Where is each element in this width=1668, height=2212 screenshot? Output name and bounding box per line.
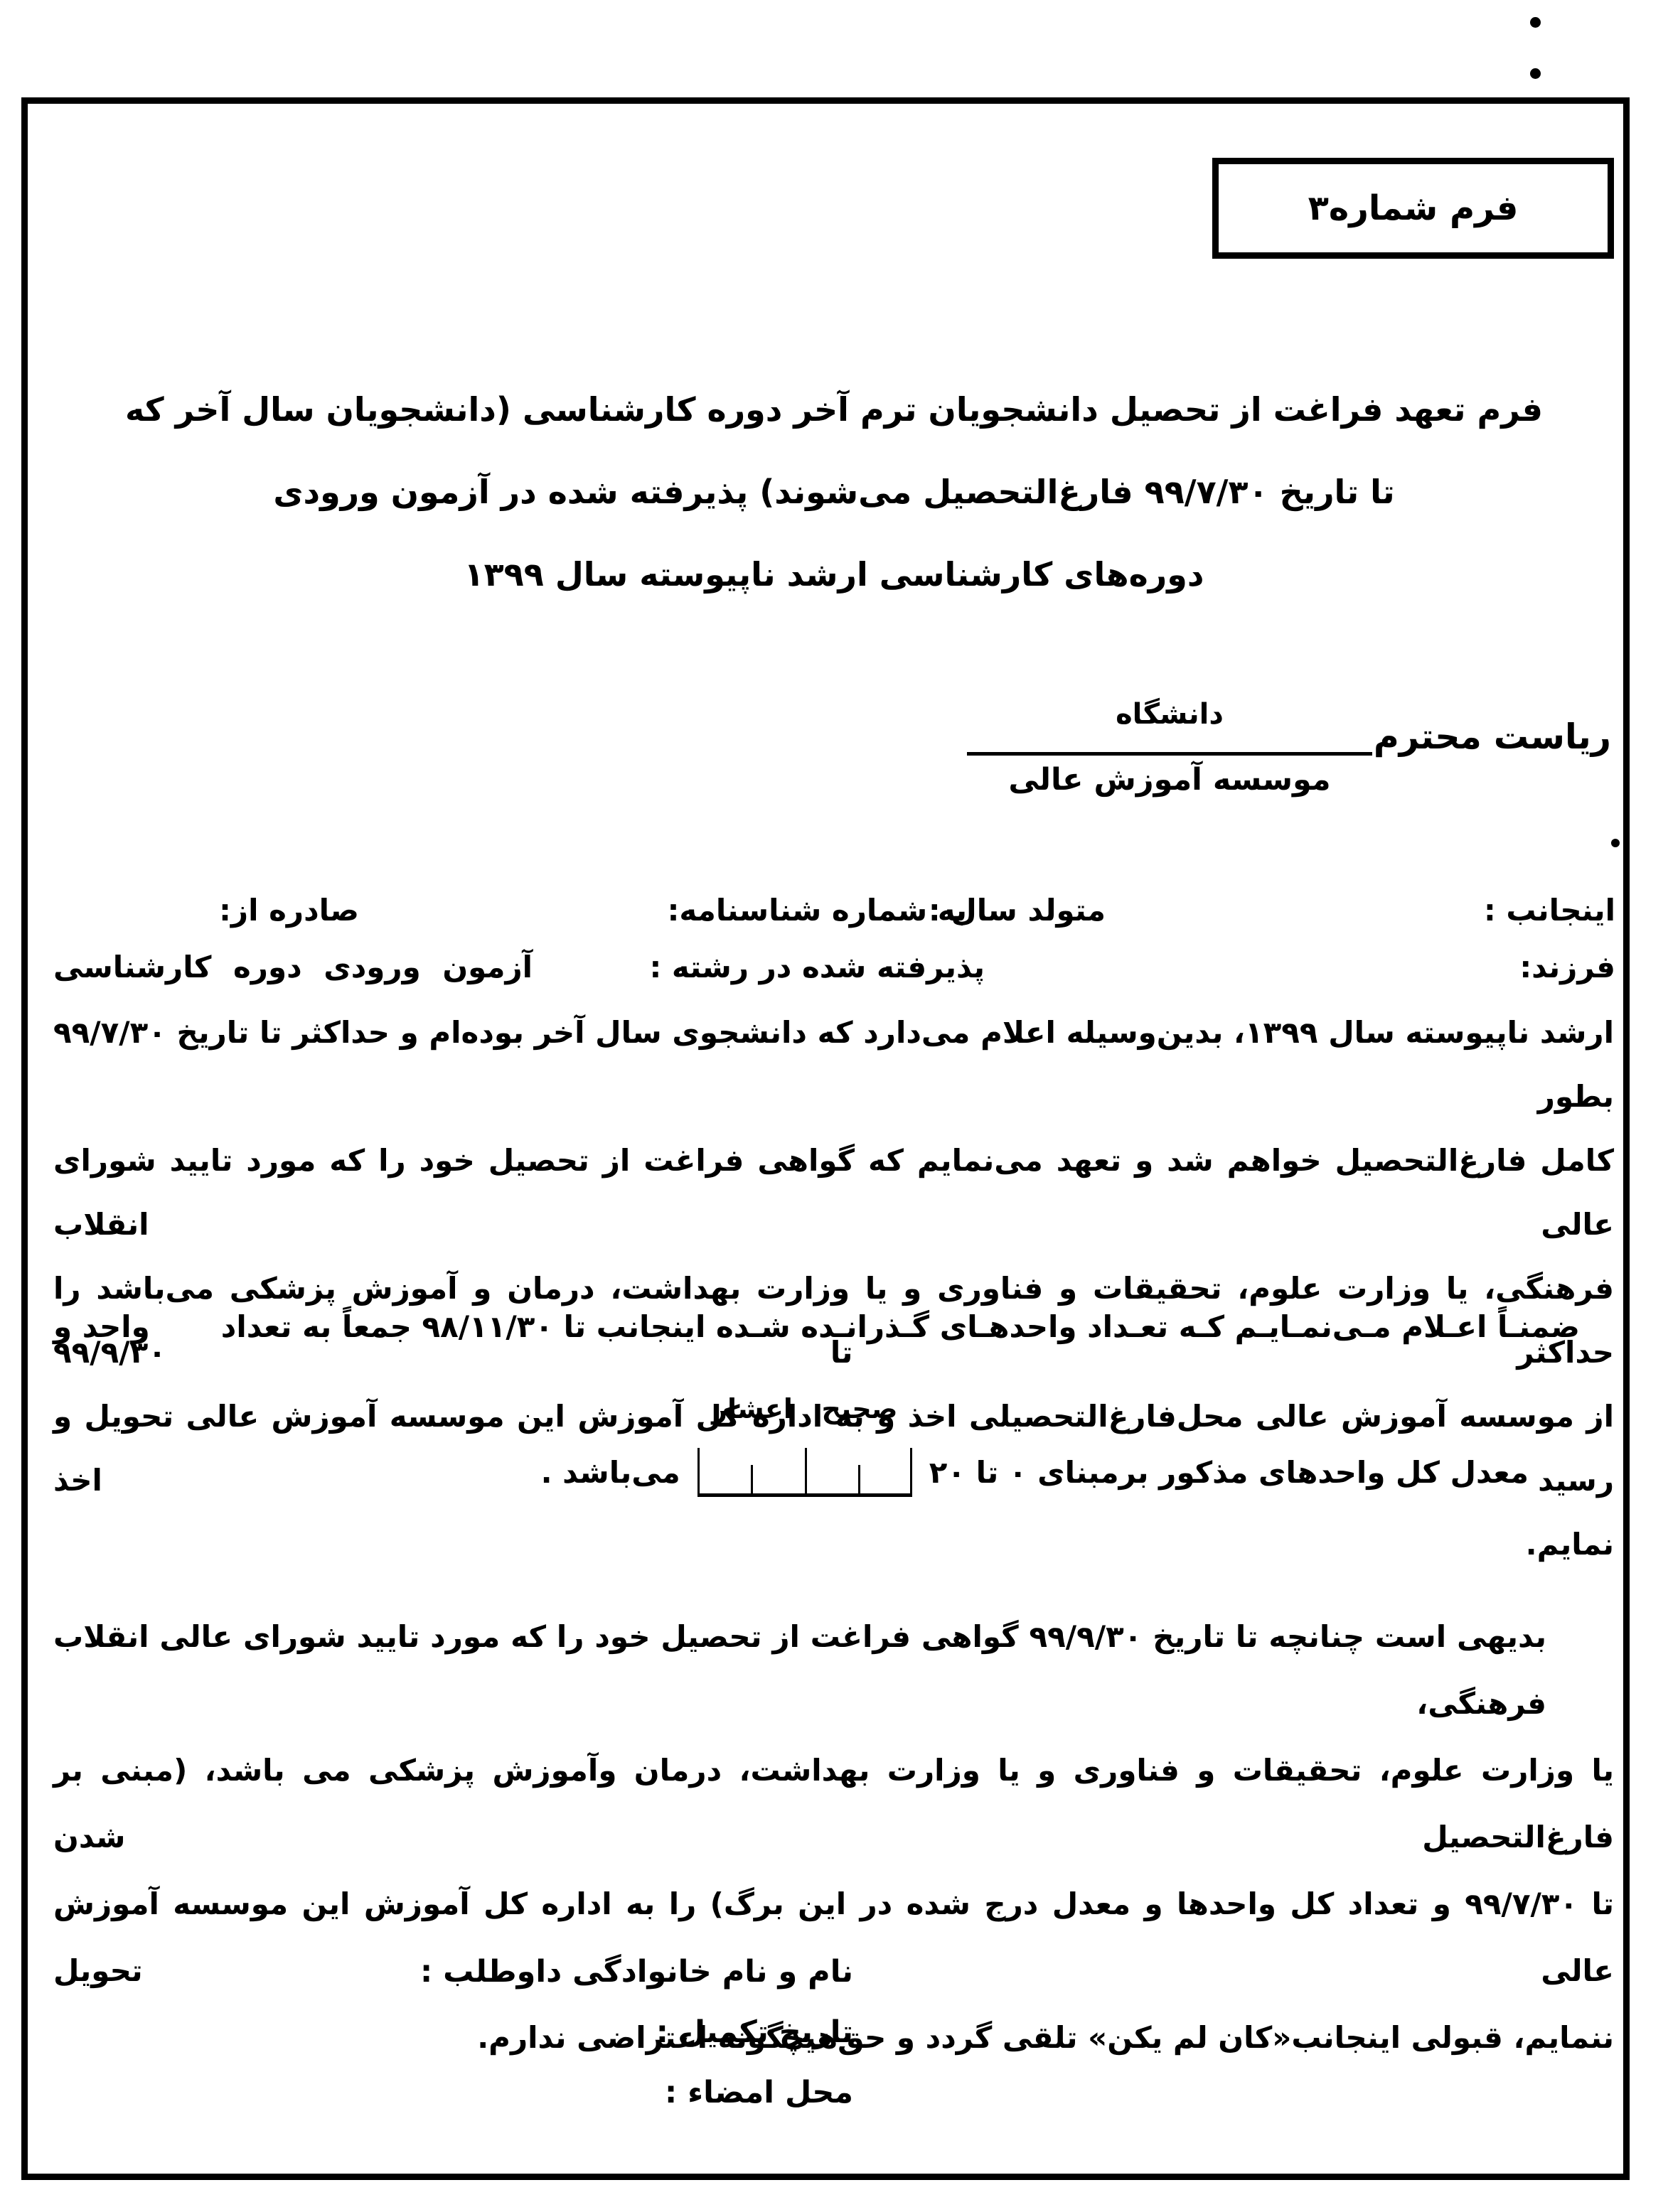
graduation-commitment-form: { "colors": { "ink": "#000000", "paper":… (0, 0, 1668, 2212)
accepted-major-field-label: پذیرفته شده در رشته : (649, 950, 985, 984)
top-right-dot-icon (1530, 68, 1541, 79)
units-suffix-label: واحد و (53, 1309, 150, 1344)
top-right-dot-icon (1530, 17, 1541, 28)
salutation-label: ریاست محترم (1374, 716, 1611, 757)
form-number-label: فرم شماره۳ (1308, 188, 1519, 228)
grade-boxes-header: صحیح اعشار (697, 1393, 912, 1424)
completion-date-label: تاریخ تکمیل : (420, 2002, 853, 2063)
id-number-field-label: به شماره شناسنامه: (668, 893, 967, 928)
gpa-suffix-label: می‌باشد . (541, 1455, 680, 1497)
gpa-prefix-label: معدل کل واحدهای مذکور برمبنای ۰ تا ۲۰ (929, 1455, 1529, 1497)
applicant-name-field-label: اینجانب : (1484, 893, 1615, 928)
signature-place-label: محل امضاء : (420, 2063, 853, 2123)
university-name-blank[interactable] (967, 752, 1372, 756)
decimal-part-label: اعشار (712, 1393, 793, 1424)
signature-block: نام و نام خانوادگی داوطلب : تاریخ تکمیل … (420, 1942, 853, 2123)
digit-box-divider (751, 1465, 753, 1493)
entrance-exam-label: آزمون ورودی دوره کارشناسی (53, 950, 533, 984)
digit-box-divider (910, 1448, 912, 1493)
digit-box-divider (697, 1448, 700, 1493)
university-option-label: دانشگاه (967, 698, 1372, 731)
passed-units-statement: ضمنـاً اعـلام مـی‌نمـایـم کـه تعـداد واح… (221, 1309, 1580, 1344)
form-number-box: فرم شماره۳ (1212, 158, 1614, 259)
passed-units-line: ضمنـاً اعـلام مـی‌نمـایـم کـه تعـداد واح… (53, 1309, 1614, 1344)
digit-box-divider (805, 1448, 807, 1493)
digit-box-divider (858, 1465, 860, 1493)
gpa-line: معدل کل واحدهای مذکور برمبنای ۰ تا ۲۰ صح… (541, 1433, 1529, 1497)
institute-option-label: موسسه آموزش عالی (967, 762, 1372, 798)
child-of-field-label: فرزند: (1519, 950, 1615, 984)
candidate-name-label: نام و نام خانوادگی داوطلب : (420, 1942, 853, 2002)
form-title: فرم تعهد فراغت از تحصیل دانشجویان ترم آخ… (0, 368, 1668, 616)
grade-digit-boxes[interactable]: صحیح اعشار (697, 1433, 912, 1497)
salutation-period (1611, 839, 1620, 847)
integer-part-label: صحیح (821, 1393, 897, 1424)
issued-from-field-label: صادره از: (219, 893, 359, 928)
